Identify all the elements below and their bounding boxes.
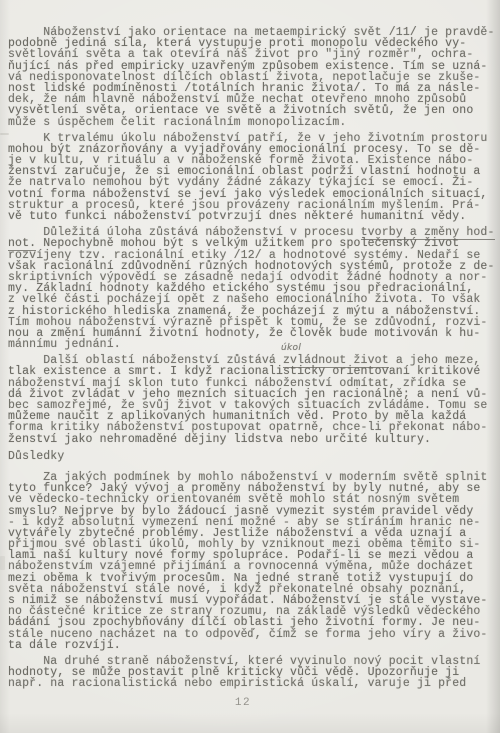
text-line: vě tuto funkci náboženství potvrzují dne… — [8, 211, 497, 222]
section-heading: Důsledky — [8, 451, 497, 462]
scanned-page: Náboženství jako orientace na metaempiri… — [0, 0, 500, 733]
paragraph: Další oblastí náboženství zůstává zvládn… — [8, 355, 497, 445]
text-segment: např. na racionalistická nebo empiristic… — [8, 677, 466, 690]
text-line: mánnímu jednání. — [8, 339, 497, 350]
handwritten-annotation: úkol — [281, 344, 301, 353]
paragraph: Důležitá úloha zůstává náboženství v pro… — [8, 227, 497, 350]
paragraph: Na druhé straně náboženství, které vyvin… — [8, 656, 497, 690]
text-segment: může s úspěchem čelit racionálním monopo… — [8, 116, 346, 129]
text-line: ženství jako nehromaděné dějiny lidstva … — [8, 434, 497, 445]
text-segment: ta dále rozvíjí. — [8, 639, 121, 652]
text-segment: ženství jako nehromaděné dějiny lidstva … — [8, 433, 431, 446]
paragraph: K trvalému úkolu náboženství patří, že v… — [8, 133, 497, 223]
text-segment: vě tuto funkci náboženství potvrzují dne… — [8, 210, 466, 223]
text-line: např. na racionalistická nebo empiristic… — [8, 678, 497, 689]
document-text: Náboženství jako orientace na metaempiri… — [8, 27, 497, 695]
scan-mark — [0, 556, 5, 570]
text-line: může s úspěchem čelit racionálním monopo… — [8, 117, 497, 128]
paragraph: Náboženství jako orientace na metaempiri… — [8, 27, 497, 128]
text-line: ta dále rozvíjí. — [8, 640, 497, 651]
paragraph: Za jakých podmínek by mohlo náboženství … — [8, 472, 497, 651]
page-number: 12 — [0, 697, 486, 709]
underlined-text: not. — [8, 237, 36, 251]
text-segment: mánnímu jednání. — [8, 338, 121, 351]
underlined-text: tvorby a změny hod- — [361, 226, 495, 240]
underlined-text: zvládnout životúkol — [283, 354, 389, 368]
